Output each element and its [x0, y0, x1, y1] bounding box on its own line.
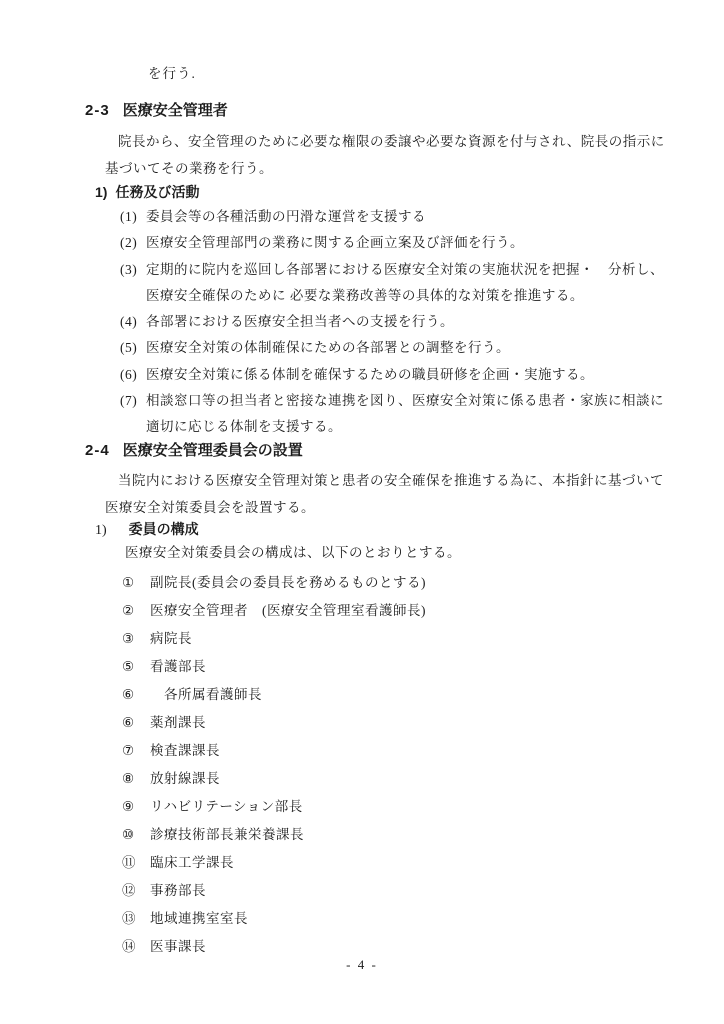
member-number: ③	[122, 625, 150, 653]
task-text: 定期的に院内を巡回し各部署における医療安全対策の実施状況を把握・ 分析し、医療安…	[146, 257, 666, 310]
member-text: 副院長(委員会の委員長を務めるものとする)	[150, 569, 426, 597]
members-lead-sentence: 医療安全対策委員会の構成は、以下のとおりとする。	[125, 539, 724, 566]
member-text: 各所属看護師長	[150, 681, 262, 709]
task-number: (3)	[120, 257, 146, 310]
member-item: ① 副院長(委員会の委員長を務めるものとする)	[122, 569, 724, 597]
member-item: ⑬ 地域連携室室長	[122, 905, 724, 933]
member-item: ③ 病院長	[122, 625, 724, 653]
member-item: ② 医療安全管理者 (医療安全管理室看護師長)	[122, 597, 724, 625]
task-text: 医療安全対策に係る体制を確保するための職員研修を企画・実施する。	[146, 362, 666, 388]
section-2-3-paragraph: 院長から、安全管理のために必要な権限の委譲や必要な資源を付与され、院長の指示に基…	[105, 128, 665, 182]
task-item: (2) 医療安全管理部門の業務に関する企画立案及び評価を行う。	[120, 230, 666, 256]
section-2-4-number: 2-4	[85, 442, 110, 459]
member-text: 事務部長	[150, 877, 206, 905]
task-number: (4)	[120, 309, 146, 335]
member-text: 検査課課長	[150, 737, 220, 765]
task-text: 相談窓口等の担当者と密接な連携を図り、医療安全対策に係る患者・家族に相談に適切に…	[146, 388, 666, 441]
member-item: ⑥ 各所属看護師長	[122, 681, 724, 709]
member-number: ⑦	[122, 737, 150, 765]
member-text: 病院長	[150, 625, 192, 653]
subsection-tasks-label: 1)	[95, 184, 107, 200]
task-number: (5)	[120, 335, 146, 361]
member-item: ⑨ リハビリテーション部長	[122, 793, 724, 821]
member-text: 臨床工学課長	[150, 849, 234, 877]
member-text: 看護部長	[150, 653, 206, 681]
task-item: (1) 委員会等の各種活動の円滑な運営を支援する	[120, 204, 666, 230]
member-item: ⑩ 診療技術部長兼栄養課長	[122, 821, 724, 849]
member-text: 放射線課長	[150, 765, 220, 793]
subsection-tasks-heading: 1)任務及び活動	[95, 184, 724, 201]
member-number: ⑪	[122, 849, 150, 877]
carryover-line: を行う.	[148, 66, 724, 82]
member-text: 医療安全管理者 (医療安全管理室看護師長)	[150, 597, 426, 625]
member-item: ⑫ 事務部長	[122, 877, 724, 905]
task-item: (3) 定期的に院内を巡回し各部署における医療安全対策の実施状況を把握・ 分析し…	[120, 257, 666, 310]
member-number: ⑨	[122, 793, 150, 821]
member-text: リハビリテーション部長	[150, 793, 303, 821]
subsection-members-label: 1)	[95, 523, 107, 538]
member-text: 診療技術部長兼栄養課長	[150, 821, 304, 849]
task-text: 委員会等の各種活動の円滑な運営を支援する	[146, 204, 666, 230]
subsection-tasks-title: 任務及び活動	[115, 184, 199, 200]
task-item: (5) 医療安全対策の体制確保にための各部署との調整を行う。	[120, 335, 666, 361]
member-text: 薬剤課長	[150, 709, 206, 737]
member-number: ⑬	[122, 905, 150, 933]
section-2-3-title: 医療安全管理者	[123, 102, 228, 119]
member-item: ⑤ 看護部長	[122, 653, 724, 681]
task-list: (1) 委員会等の各種活動の円滑な運営を支援する (2) 医療安全管理部門の業務…	[0, 204, 724, 441]
member-number: ⑩	[122, 821, 150, 849]
section-2-3-number: 2-3	[85, 102, 110, 119]
footer-page-number: - 4 -	[0, 957, 724, 973]
member-text: 地域連携室室長	[150, 905, 248, 933]
member-number: ⑧	[122, 765, 150, 793]
member-item: ⑥ 薬剤課長	[122, 709, 724, 737]
section-2-3-heading: 2-3医療安全管理者	[85, 102, 724, 119]
task-number: (2)	[120, 230, 146, 256]
task-number: (1)	[120, 204, 146, 230]
task-item: (6) 医療安全対策に係る体制を確保するための職員研修を企画・実施する。	[120, 362, 666, 388]
member-number: ①	[122, 569, 150, 597]
member-number: ⑤	[122, 653, 150, 681]
task-item: (4) 各部署における医療安全担当者への支援を行う。	[120, 309, 666, 335]
task-text: 医療安全管理部門の業務に関する企画立案及び評価を行う。	[146, 230, 666, 256]
member-number: ⑥	[122, 709, 150, 737]
member-item: ⑪ 臨床工学課長	[122, 849, 724, 877]
task-text: 各部署における医療安全担当者への支援を行う。	[146, 309, 666, 335]
section-2-4-title: 医療安全管理委員会の設置	[123, 442, 303, 459]
section-2-4-paragraph: 当院内における医療安全管理対策と患者の安全確保を推進する為に、本指針に基づいて医…	[105, 467, 665, 521]
task-number: (7)	[120, 388, 146, 441]
member-item: ⑧ 放射線課長	[122, 765, 724, 793]
member-number: ⑫	[122, 877, 150, 905]
document-page: を行う. 2-3医療安全管理者 院長から、安全管理のために必要な権限の委譲や必要…	[0, 0, 724, 1024]
task-item: (7) 相談窓口等の担当者と密接な連携を図り、医療安全対策に係る患者・家族に相談…	[120, 388, 666, 441]
task-text: 医療安全対策の体制確保にための各部署との調整を行う。	[146, 335, 666, 361]
member-item: ⑦ 検査課課長	[122, 737, 724, 765]
section-2-4-heading: 2-4医療安全管理委員会の設置	[85, 442, 724, 459]
task-number: (6)	[120, 362, 146, 388]
member-number: ②	[122, 597, 150, 625]
member-number: ⑥	[122, 681, 150, 709]
subsection-members-heading: 1)委員の構成	[95, 521, 724, 539]
member-list: ① 副院長(委員会の委員長を務めるものとする) ② 医療安全管理者 (医療安全管…	[0, 569, 724, 961]
subsection-members-title: 委員の構成	[129, 521, 199, 537]
